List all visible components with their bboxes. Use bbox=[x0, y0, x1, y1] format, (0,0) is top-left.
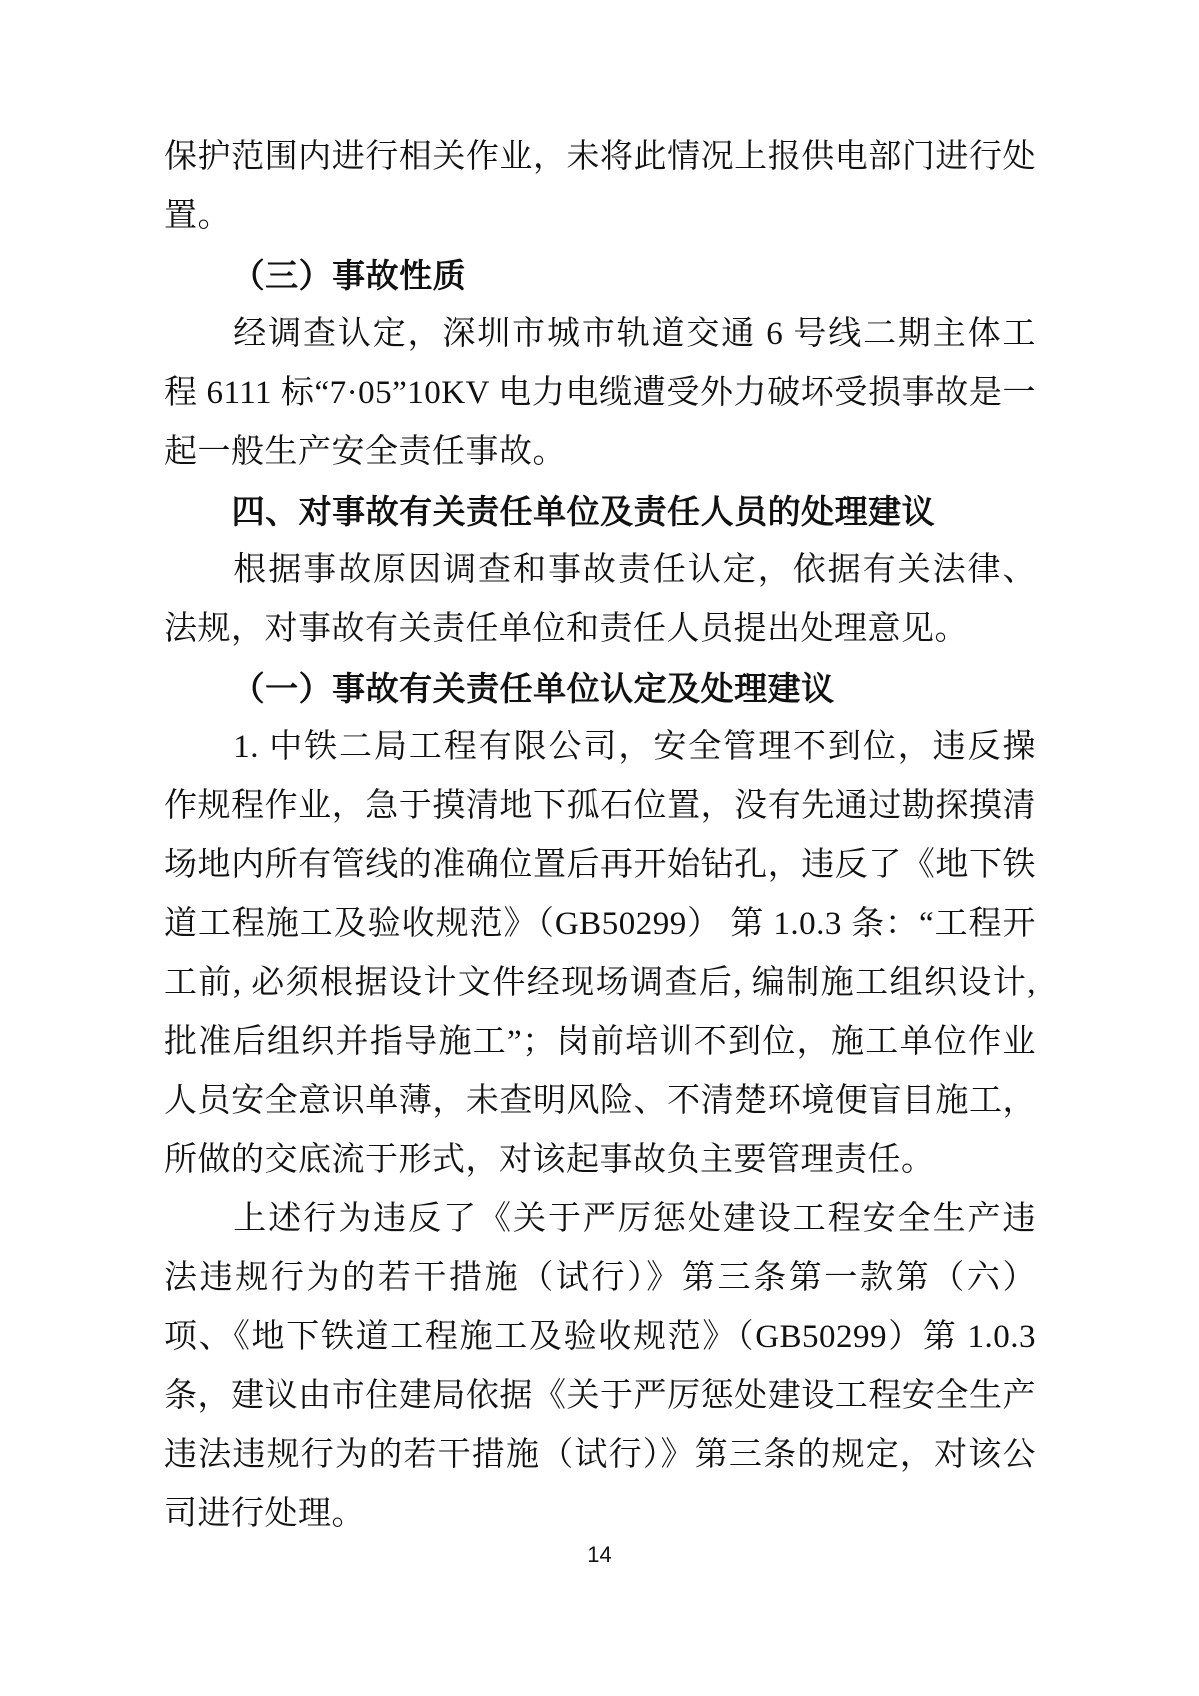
document-page: 保护范围内进行相关作业，未将此情况上报供电部门进行处置。 （三）事故性质 经调查… bbox=[0, 0, 1199, 1696]
page-number: 14 bbox=[0, 1540, 1199, 1570]
paragraph-continuation: 保护范围内进行相关作业，未将此情况上报供电部门进行处置。 bbox=[164, 128, 1036, 246]
paragraph-handling-intro: 根据事故原因调查和事故责任认定，依据有关法律、法规，对事故有关责任单位和责任人员… bbox=[164, 541, 1036, 659]
section-heading-accident-nature: （三）事故性质 bbox=[164, 246, 1036, 305]
paragraph-unit-1-findings: 1. 中铁二局工程有限公司，安全管理不到位，违反操作规程作业，急于摸清地下孤石位… bbox=[164, 718, 1036, 1190]
paragraph-unit-1-recommendation: 上述行为违反了《关于严厉惩处建设工程安全生产违法违规行为的若干措施（试行）》第三… bbox=[164, 1190, 1036, 1544]
section-heading-responsible-units: （一）事故有关责任单位认定及处理建议 bbox=[164, 659, 1036, 718]
paragraph-accident-nature: 经调查认定，深圳市城市轨道交通 6 号线二期主体工程 6111 标“7·05”1… bbox=[164, 305, 1036, 482]
document-body: 保护范围内进行相关作业，未将此情况上报供电部门进行处置。 （三）事故性质 经调查… bbox=[164, 128, 1036, 1544]
chapter-heading-handling-suggestions: 四、对事故有关责任单位及责任人员的处理建议 bbox=[164, 482, 1036, 541]
